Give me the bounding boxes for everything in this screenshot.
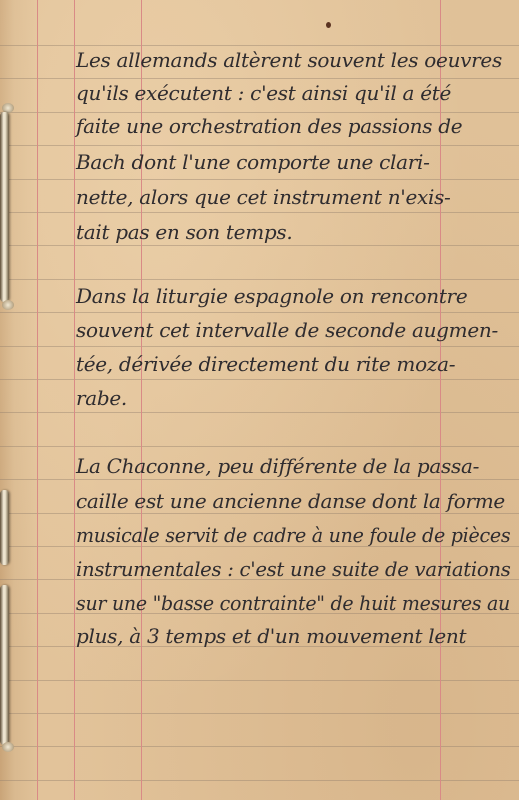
ruled-line <box>0 412 519 413</box>
text-line: tait pas en son temps. <box>76 220 292 244</box>
binding-thread <box>0 112 9 302</box>
ruled-line <box>0 513 519 514</box>
text-line: plus, à 3 temps et d'un mouvement lent <box>76 624 466 648</box>
ruled-line <box>0 145 519 146</box>
ruled-line <box>0 212 519 213</box>
ruled-line <box>0 245 519 246</box>
ruled-line <box>0 446 519 447</box>
text-line: La Chaconne, peu différente de la passa- <box>76 454 479 478</box>
ruled-line <box>0 713 519 714</box>
text-line: instrumentales : c'est une suite de vari… <box>76 557 510 581</box>
text-line: souvent cet intervalle de seconde augmen… <box>76 318 498 342</box>
text-line: rabe. <box>76 386 127 410</box>
text-line: musicale servit de cadre à une foule de … <box>76 523 510 547</box>
margin-line-left <box>74 0 75 800</box>
text-line: caille est une ancienne danse dont la fo… <box>76 489 505 513</box>
notebook-page: Les allemands altèrent souvent les oeuvr… <box>0 0 519 800</box>
ruled-line <box>0 112 519 113</box>
text-line: faite une orchestration des passions de <box>76 114 462 138</box>
ruled-line <box>0 279 519 280</box>
binding-thread <box>0 490 9 565</box>
ruled-line <box>0 379 519 380</box>
ruled-line <box>0 780 519 781</box>
binding-thread <box>0 585 9 745</box>
ruled-line <box>0 312 519 313</box>
ruled-line <box>0 746 519 747</box>
ink-spot <box>326 22 331 28</box>
ruled-line <box>0 680 519 681</box>
binding-knot <box>2 300 14 310</box>
ruled-line <box>0 346 519 347</box>
ruled-line <box>0 45 519 46</box>
text-line: sur une "basse contrainte" de huit mesur… <box>76 591 510 615</box>
ruled-line <box>0 179 519 180</box>
ruled-line <box>0 479 519 480</box>
text-line: tée, dérivée directement du rite moza- <box>76 352 455 376</box>
margin-line-outer <box>37 0 38 800</box>
text-line: nette, alors que cet instrument n'exis- <box>76 185 451 209</box>
text-line: Bach dont l'une comporte une clari- <box>76 150 430 174</box>
text-line: Dans la liturgie espagnole on rencontre <box>76 284 467 308</box>
ruled-line <box>0 78 519 79</box>
text-line: Les allemands altèrent souvent les oeuvr… <box>76 48 502 72</box>
text-line: qu'ils exécutent : c'est ainsi qu'il a é… <box>76 81 451 105</box>
binding-knot <box>2 742 14 752</box>
